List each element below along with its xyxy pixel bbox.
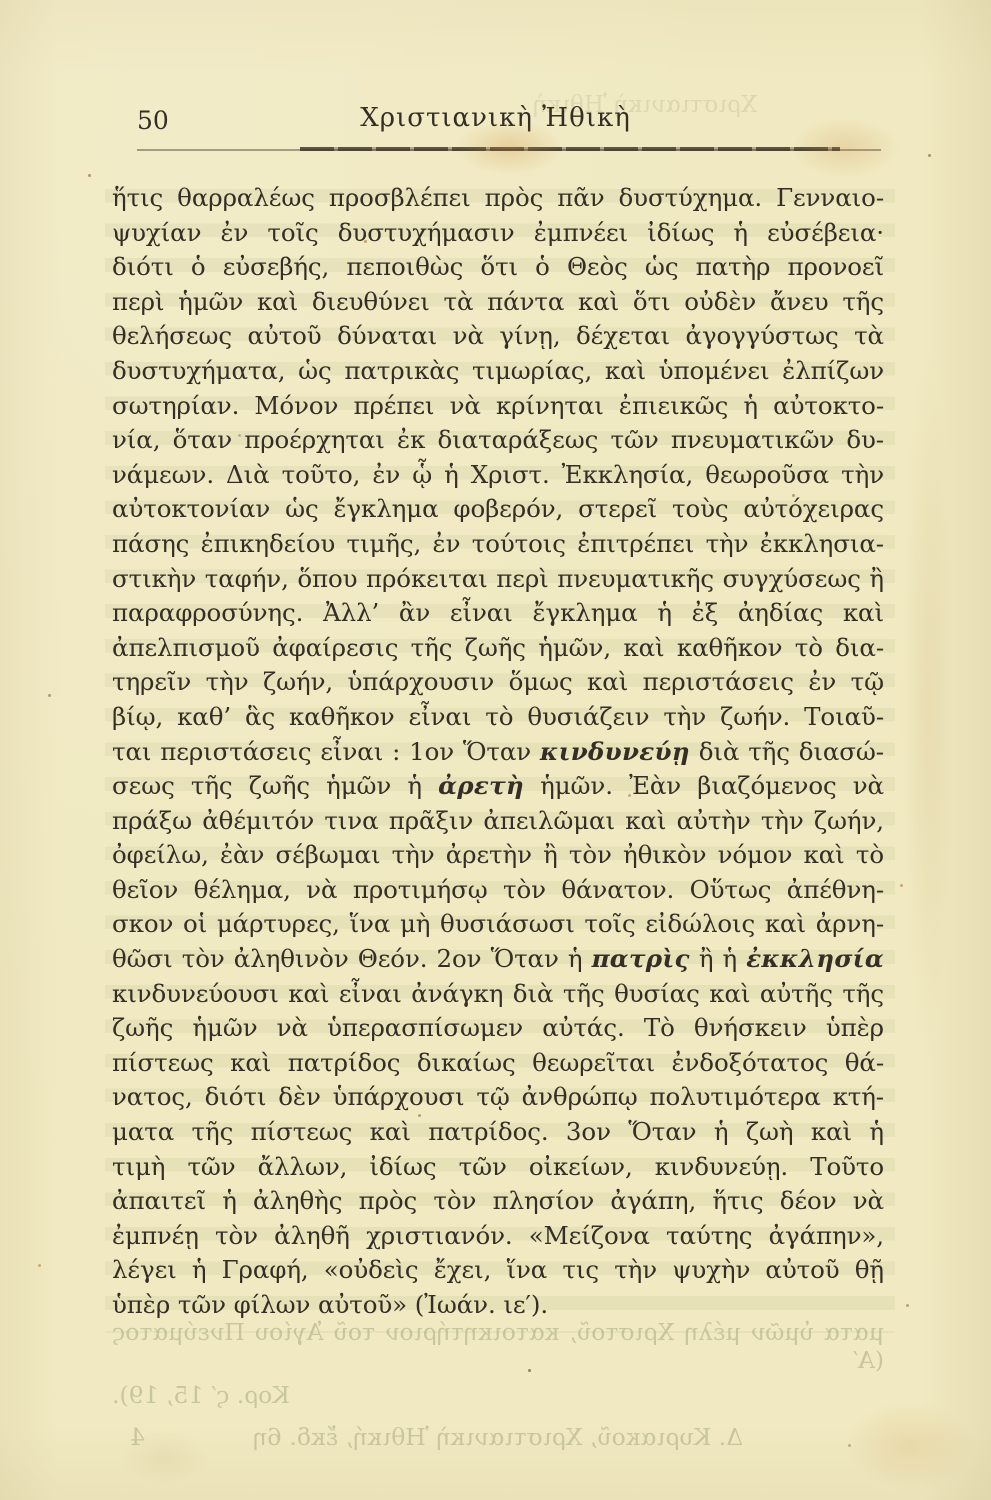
text-segment: νατος, διότι δὲν ὑπάρχουσι τῷ ἀνθρώπῳ πο… — [112, 1082, 884, 1111]
text-line: λέγει ἡ Γραφή, «οὐδεὶς ἔχει, ἵνα τις τὴν… — [112, 1253, 884, 1288]
text-segment: τιμὴ τῶν ἄλλων, ἰδίως τῶν οἰκείων, κινδυ… — [112, 1152, 884, 1181]
text-line: σκον οἱ μάρτυρες, ἵνα μὴ θυσιάσωσι τοῖς … — [112, 907, 884, 942]
text-line: σεως τῆς ζωῆς ἡμῶν ἡ ἀρετὴ ἡμῶν. Ἐὰν βια… — [112, 769, 884, 804]
text-segment: θελήσεως αὐτοῦ δύναται νὰ γίνῃ, δέχεται … — [112, 321, 884, 350]
emphasized-text: πατρὶς — [592, 944, 690, 973]
text-line: ἐμπνέῃ τὸν ἀληθῆ χριστιανόν. «Μείζονα τα… — [112, 1219, 884, 1254]
text-line: ὀφείλω, ἐὰν σέβωμαι τὴν ἀρετὴν ἢ τὸν ἠθι… — [112, 838, 884, 873]
text-line: τηρεῖν τὴν ζωήν, ὑπάρχουσιν ὅμως καὶ περ… — [112, 665, 884, 700]
text-segment: ἡμῶν. Ἐὰν βιαζόμενος νὰ — [524, 771, 884, 800]
text-segment: νάμεων. Διὰ τοῦτο, ἐν ᾧ ἡ Χριστ. Ἐκκλησί… — [112, 460, 884, 489]
bleedthrough-footer: ματα ὑμῶν μέλη Χριστοῦ, κατοικητήριον το… — [112, 1318, 884, 1451]
header-rule-accent — [300, 147, 840, 151]
text-segment: διὰ τῆς διασώ- — [690, 737, 884, 766]
text-line: πίστεως καὶ πατρίδος δικαίως θεωρεῖται ἐ… — [112, 1046, 884, 1081]
text-line: ἀπαιτεῖ ἡ ἀληθὴς πρὸς τὸν πλησίον ἀγάπη,… — [112, 1184, 884, 1219]
bleedthrough-footer-row: Δ. Κυριακοῦ, Χριστιανικὴ Ἠθική, ἔκδ. 6η … — [112, 1423, 884, 1451]
text-line: βίῳ, καθ’ ἃς καθῆκον εἶναι τὸ θυσιάζειν … — [112, 700, 884, 735]
text-segment: ἀπαιτεῖ ἡ ἀληθὴς πρὸς τὸν πλησίον ἀγάπη,… — [112, 1186, 884, 1215]
text-segment: βίῳ, καθ’ ἃς καθῆκον εἶναι τὸ θυσιάζειν … — [112, 702, 884, 731]
text-line: στικὴν ταφήν, ὅπου πρόκειται περὶ πνευμα… — [112, 562, 884, 597]
bleedthrough-reference-line: Κορ. ς′ 15, 19). — [112, 1381, 884, 1409]
text-line: ψυχίαν ἐν τοῖς δυστυχήμασιν ἐμπνέει ἰδίω… — [112, 216, 884, 251]
text-segment: πίστεως καὶ πατρίδος δικαίως θεωρεῖται ἐ… — [112, 1048, 884, 1077]
running-title: Χριστιανικὴ Ἠθικὴ — [0, 103, 991, 133]
text-segment: ὑπὲρ τῶν φίλων αὐτοῦ» (Ἰωάν. ιε′). — [112, 1290, 548, 1319]
text-segment: περὶ ἡμῶν καὶ διευθύνει τὰ πάντα καὶ ὅτι… — [112, 287, 884, 316]
text-line: περὶ ἡμῶν καὶ διευθύνει τὰ πάντα καὶ ὅτι… — [112, 285, 884, 320]
text-line: σωτηρίαν. Μόνον πρέπει νὰ κρίνηται ἐπιει… — [112, 389, 884, 424]
text-line: αὐτοκτονίαν ὡς ἔγκλημα φοβερόν, στερεῖ τ… — [112, 492, 884, 527]
text-line: θῶσι τὸν ἀληθινὸν Θεόν. 2ον Ὅταν ἡ πατρὶ… — [112, 942, 884, 977]
text-line: νάμεων. Διὰ τοῦτο, ἐν ᾧ ἡ Χριστ. Ἐκκλησί… — [112, 458, 884, 493]
emphasized-text: ἀρετὴ — [438, 771, 524, 800]
paper-speckles — [88, 174, 91, 177]
text-line: ματα τῆς πίστεως καὶ πατρίδος. 3ον Ὅταν … — [112, 1115, 884, 1150]
text-segment: στικὴν ταφήν, ὅπου πρόκειται περὶ πνευμα… — [112, 564, 884, 593]
text-line: πράξω ἀθέμιτόν τινα πρᾶξιν ἀπειλῶμαι καὶ… — [112, 804, 884, 839]
text-line: ζωῆς ἡμῶν νὰ ὑπερασπίσωμεν αὐτάς. Τὸ θνή… — [112, 1011, 884, 1046]
text-segment: διότι ὁ εὐσεβής, πεποιθὼς ὅτι ὁ Θεὸς ὡς … — [112, 252, 884, 281]
text-segment: ἐμπνέῃ τὸν ἀληθῆ χριστιανόν. «Μείζονα τα… — [112, 1221, 884, 1250]
text-line: πάσης ἐπικηδείου τιμῆς, ἐν τούτοις ἐπιτρ… — [112, 527, 884, 562]
text-segment: δυστυχήματα, ὡς πατρικὰς τιμωρίας, καὶ ὑ… — [112, 356, 884, 385]
bleedthrough-verse-line: ματα ὑμῶν μέλη Χριστοῦ, κατοικητήριον το… — [112, 1318, 884, 1374]
text-line: ται περιστάσεις εἶναι : 1ον Ὅταν κινδυνε… — [112, 735, 884, 770]
text-segment: σκον οἱ μάρτυρες, ἵνα μὴ θυσιάσωσι τοῖς … — [112, 909, 884, 938]
body-text: ἥτις θαρραλέως προσβλέπει πρὸς πᾶν δυστύ… — [112, 181, 884, 1323]
text-segment: ψυχίαν ἐν τοῖς δυστυχήμασιν ἐμπνέει ἰδίω… — [112, 218, 884, 247]
text-segment: αὐτοκτονίαν ὡς ἔγκλημα φοβερόν, στερεῖ τ… — [112, 494, 884, 523]
text-segment: λέγει ἡ Γραφή, «οὐδεὶς ἔχει, ἵνα τις τὴν… — [112, 1255, 884, 1284]
text-segment: πάσης ἐπικηδείου τιμῆς, ἐν τούτοις ἐπιτρ… — [112, 529, 884, 558]
text-line: θελήσεως αὐτοῦ δύναται νὰ γίνῃ, δέχεται … — [112, 319, 884, 354]
text-segment: ἥτις θαρραλέως προσβλέπει πρὸς πᾶν δυστύ… — [112, 183, 884, 212]
text-line: παραφροσύνης. Ἀλλ’ ἂν εἶναι ἔγκλημα ἡ ἐξ… — [112, 596, 884, 631]
scanned-book-page: Χριστιανικὴ Ἠθικὴ 50 Χριστιανικὴ Ἠθικὴ ἥ… — [0, 0, 991, 1500]
text-segment: θεῖον θέλημα, νὰ προτιμήσῳ τὸν θάνατον. … — [112, 875, 884, 904]
text-line: ἥτις θαρραλέως προσβλέπει πρὸς πᾶν δυστύ… — [112, 181, 884, 216]
paper-stain — [893, 230, 963, 1180]
text-line: δυστυχήματα, ὡς πατρικὰς τιμωρίας, καὶ ὑ… — [112, 354, 884, 389]
text-segment: θῶσι τὸν ἀληθινὸν Θεόν. 2ον Ὅταν ἡ — [112, 944, 592, 973]
text-segment: ὀφείλω, ἐὰν σέβωμαι τὴν ἀρετὴν ἢ τὸν ἠθι… — [112, 840, 884, 869]
text-line: διότι ὁ εὐσεβής, πεποιθὼς ὅτι ὁ Θεὸς ὡς … — [112, 250, 884, 285]
text-segment: ματα τῆς πίστεως καὶ πατρίδος. 3ον Ὅταν … — [112, 1117, 884, 1146]
text-segment: τηρεῖν τὴν ζωήν, ὑπάρχουσιν ὅμως καὶ περ… — [112, 667, 884, 696]
text-segment: κινδυνεύουσι καὶ εἶναι ἀνάγκη διὰ τῆς θυ… — [112, 979, 884, 1008]
text-segment: παραφροσύνης. Ἀλλ’ ἂν εἶναι ἔγκλημα ἡ ἐξ… — [112, 598, 884, 627]
emphasized-text: ἐκκλησία — [746, 944, 884, 973]
text-line: κινδυνεύουσι καὶ εἶναι ἀνάγκη διὰ τῆς θυ… — [112, 977, 884, 1012]
text-segment: πράξω ἀθέμιτόν τινα πρᾶξιν ἀπειλῶμαι καὶ… — [112, 806, 884, 835]
bleedthrough-footer-title: Δ. Κυριακοῦ, Χριστιανικὴ Ἠθική, ἔκδ. 6η — [253, 1423, 743, 1451]
text-segment: ἀπελπισμοῦ ἀφαίρεσις τῆς ζωῆς ἡμῶν, καὶ … — [112, 633, 884, 662]
text-segment: σωτηρίαν. Μόνον πρέπει νὰ κρίνηται ἐπιει… — [112, 391, 884, 420]
bleedthrough-signature-number: 4 — [130, 1423, 145, 1451]
text-line: ἀπελπισμοῦ ἀφαίρεσις τῆς ζωῆς ἡμῶν, καὶ … — [112, 631, 884, 666]
text-line: τιμὴ τῶν ἄλλων, ἰδίως τῶν οἰκείων, κινδυ… — [112, 1150, 884, 1185]
text-line: θεῖον θέλημα, νὰ προτιμήσῳ τὸν θάνατον. … — [112, 873, 884, 908]
text-segment: ἢ ἡ — [690, 944, 746, 973]
text-segment: ται περιστάσεις εἶναι : 1ον Ὅταν — [112, 737, 540, 766]
text-segment: νία, ὅταν προέρχηται ἐκ διαταράξεως τῶν … — [112, 425, 884, 454]
text-segment: ζωῆς ἡμῶν νὰ ὑπερασπίσωμεν αὐτάς. Τὸ θνή… — [112, 1013, 884, 1042]
text-line: νατος, διότι δὲν ὑπάρχουσι τῷ ἀνθρώπῳ πο… — [112, 1080, 884, 1115]
text-segment: σεως τῆς ζωῆς ἡμῶν ἡ — [112, 771, 438, 800]
text-line: νία, ὅταν προέρχηται ἐκ διαταράξεως τῶν … — [112, 423, 884, 458]
emphasized-text: κινδυνεύῃ — [540, 737, 690, 766]
